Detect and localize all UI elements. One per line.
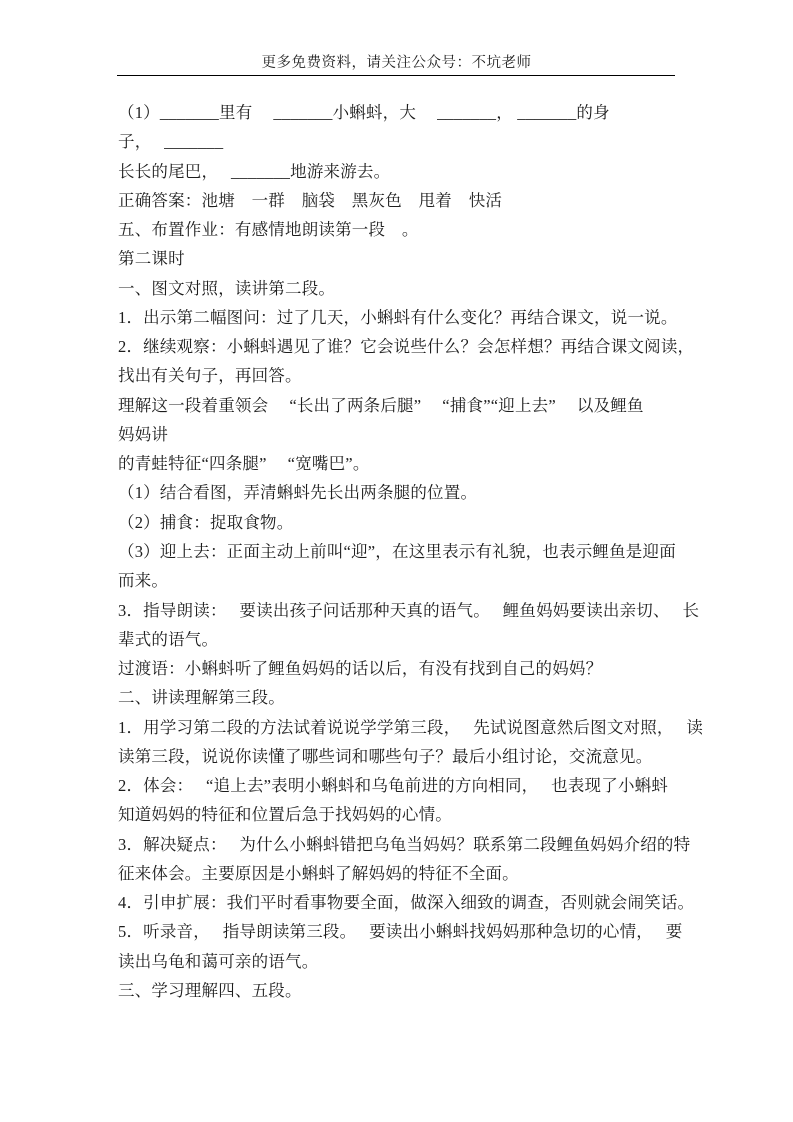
text-line: 1．出示第二幅图问：过了几天，小蝌蚪有什么变化？再结合课文，说一说。 [118,303,680,332]
text-line: 找出有关句子，再回答。 [118,361,680,390]
document-page: 更多免费资料，请关注公众号：不坑老师 （1）_______里有 _______小… [0,0,793,1122]
text-line: （1）结合看图，弄清蝌蚪先长出两条腿的位置。 [118,478,680,507]
text-line: 长长的尾巴， _______地游来游去。 [118,157,680,186]
document-body: （1）_______里有 _______小蝌蚪，大 _______， _____… [118,98,680,1005]
text-line: 3．指导朗读： 要读出孩子问话那种天真的语气。 鲤鱼妈妈要读出亲切、 长 [118,596,680,625]
text-line: 而来。 [118,566,680,595]
header-notice: 更多免费资料，请关注公众号：不坑老师 [0,53,793,73]
text-line: 读第三段，说说你读懂了哪些词和哪些句子？最后小组讨论，交流意见。 [118,742,680,771]
text-line: 正确答案：池塘 一群 脑袋 黑灰色 甩着 快活 [118,186,680,215]
text-line: 第二课时 [118,244,680,273]
text-line: 知道妈妈的特征和位置后急于找妈妈的心情。 [118,800,680,829]
text-line: 一、图文对照，读讲第二段。 [118,274,680,303]
text-line: 的青蛙特征“四条腿” “宽嘴巴”。 [118,449,680,478]
text-line: （3）迎上去：正面主动上前叫“迎”，在这里表示有礼貌，也表示鲤鱼是迎面 [118,537,680,566]
header-divider [117,75,675,76]
text-line: 五、布置作业：有感情地朗读第一段 。 [118,215,680,244]
text-line: 三、学习理解四、五段。 [118,976,680,1005]
text-line: 5．听录音， 指导朗读第三段。 要读出小蝌蚪找妈妈那种急切的心情， 要 [118,917,680,946]
text-line: （2）捕食：捉取食物。 [118,508,680,537]
text-line: 辈式的语气。 [118,625,680,654]
text-line: 读出乌龟和蔼可亲的语气。 [118,947,680,976]
text-line: 4．引申扩展：我们平时看事物要全面，做深入细致的调查，否则就会闹笑话。 [118,888,680,917]
text-line: 2．继续观察：小蝌蚪遇见了谁？它会说些什么？会怎样想？再结合课文阅读， [118,332,680,361]
text-line: 二、讲读理解第三段。 [118,683,680,712]
text-line: 妈妈讲 [118,420,680,449]
text-line: 子， _______ [118,127,680,156]
text-line: （1）_______里有 _______小蝌蚪，大 _______， _____… [118,98,680,127]
text-line: 过渡语：小蝌蚪听了鲤鱼妈妈的话以后，有没有找到自己的妈妈？ [118,654,680,683]
text-line: 3．解决疑点： 为什么小蝌蚪错把乌龟当妈妈？联系第二段鲤鱼妈妈介绍的特 [118,830,680,859]
text-line: 1．用学习第二段的方法试着说说学学第三段， 先试说图意然后图文对照， 读 [118,713,680,742]
text-line: 理解这一段着重领会 “长出了两条后腿” “捕食”“迎上去” 以及鲤鱼 [118,391,680,420]
text-line: 征来体会。主要原因是小蝌蚪了解妈妈的特征不全面。 [118,859,680,888]
text-line: 2．体会： “追上去”表明小蝌蚪和乌龟前进的方向相同， 也表现了小蝌蚪 [118,771,680,800]
